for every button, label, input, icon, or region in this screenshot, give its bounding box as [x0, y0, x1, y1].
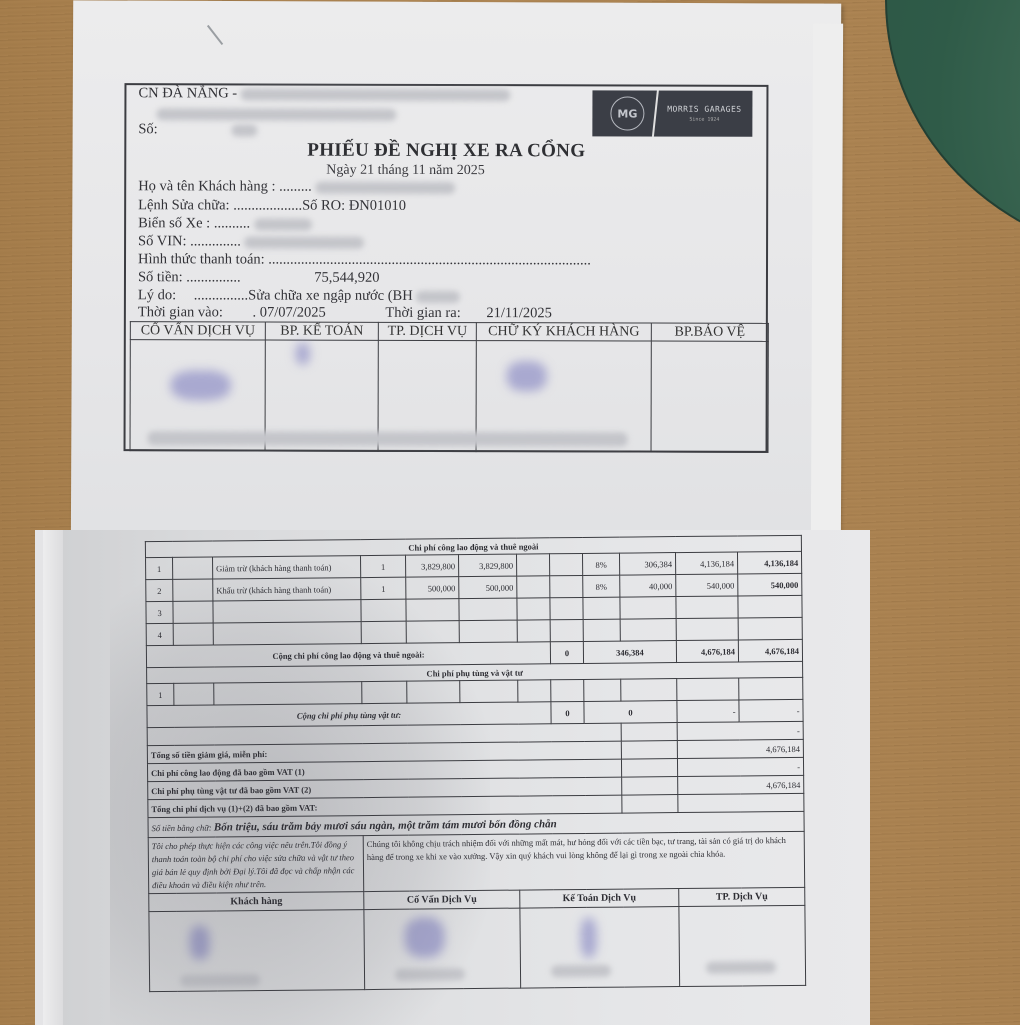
time-out-value: 21/11/2025 [486, 305, 552, 321]
signature-security [651, 341, 768, 452]
redacted-vin [245, 236, 365, 248]
form-date: Ngày 21 tháng 11 năm 2025 [326, 163, 485, 179]
green-cutting-mat [885, 0, 1020, 260]
repair-order-field: Lệnh Sửa chữa: ...................Số RO:… [138, 197, 406, 215]
sig-header-accounting: BP. KẾ TOÁN [265, 322, 378, 340]
plate-field: Biển số Xe : .......... [138, 215, 312, 232]
liability-disclaimer-text: Chúng tôi không chịu trách nhiệm đối với… [363, 831, 805, 891]
sig-header-security: BP.BẢO VỆ [651, 323, 768, 341]
terms-row: Tôi cho phép thực hiện các công việc nêu… [148, 831, 805, 893]
sig-header-customer: CHỮ KÝ KHÁCH HÀNG [476, 323, 651, 341]
reason-value: Sửa chữa xe ngập nước (BH [248, 287, 413, 303]
ro-signature-manager [679, 905, 806, 986]
staple-icon [207, 25, 223, 45]
form-title: PHIẾU ĐỀ NGHỊ XE RA CỔNG [126, 139, 766, 163]
payment-method-field: Hình thức thanh toán: ..................… [138, 251, 591, 269]
amount-field: Số tiền: ............... 75,544,920 [138, 269, 380, 287]
ro-sig-header-customer: Khách hàng [149, 892, 364, 912]
time-in-value: . 07/07/2025 [252, 304, 325, 320]
ro-signature-customer [149, 910, 365, 992]
sig-header-service-advisor: CỐ VẤN DỊCH VỤ [130, 322, 265, 340]
number-line: Số: [138, 121, 257, 138]
redacted-number [231, 124, 257, 136]
gate-pass-form: CN ĐÀ NẴNG - Số: MG MORRIS GARAGES Since… [124, 83, 769, 453]
ro-signature-advisor [364, 908, 521, 989]
redacted-signer-names [148, 431, 628, 446]
vin-field: Số VIN: .............. [138, 233, 365, 251]
customer-name-field: Họ và tên Khách hàng : ......... [138, 178, 455, 196]
redacted-insurer [416, 291, 460, 303]
amount-in-words: Bốn triệu, sáu trăm bảy mươi sáu ngàn, m… [214, 818, 557, 833]
ro-sig-header-manager: TP. Dịch Vụ [679, 887, 805, 906]
morris-garages-logo: MG MORRIS GARAGES Since 1924 [592, 90, 752, 136]
branch-line: CN ĐÀ NẴNG - [138, 85, 510, 103]
customer-consent-text: Tôi cho phép thực hiện các công việc nêu… [148, 836, 364, 894]
redacted-branch [241, 88, 511, 101]
ro-signature-accounting [520, 907, 680, 989]
redacted-address [156, 108, 396, 121]
redacted-plate [254, 218, 312, 230]
reason-field: Lý do: ...............Sửa chữa xe ngập n… [138, 287, 460, 305]
time-field: Thời gian vào: . 07/07/2025 Thời gian ra… [138, 304, 552, 322]
ro-number: ĐN01010 [349, 198, 406, 214]
amount-value: 75,544,920 [314, 270, 379, 286]
mg-logo-icon: MG [610, 96, 644, 130]
ro-sig-header-accounting: Kế Toán Dịch Vụ [520, 889, 679, 909]
repair-order-table: Chi phí công lao động và thuê ngoài 1Giả… [145, 535, 805, 992]
sig-header-service-manager: TP. DỊCH VỤ [378, 322, 476, 340]
redacted-customer-name [315, 181, 455, 193]
ro-sig-header-advisor: Cố Vấn Dịch Vụ [364, 890, 520, 909]
